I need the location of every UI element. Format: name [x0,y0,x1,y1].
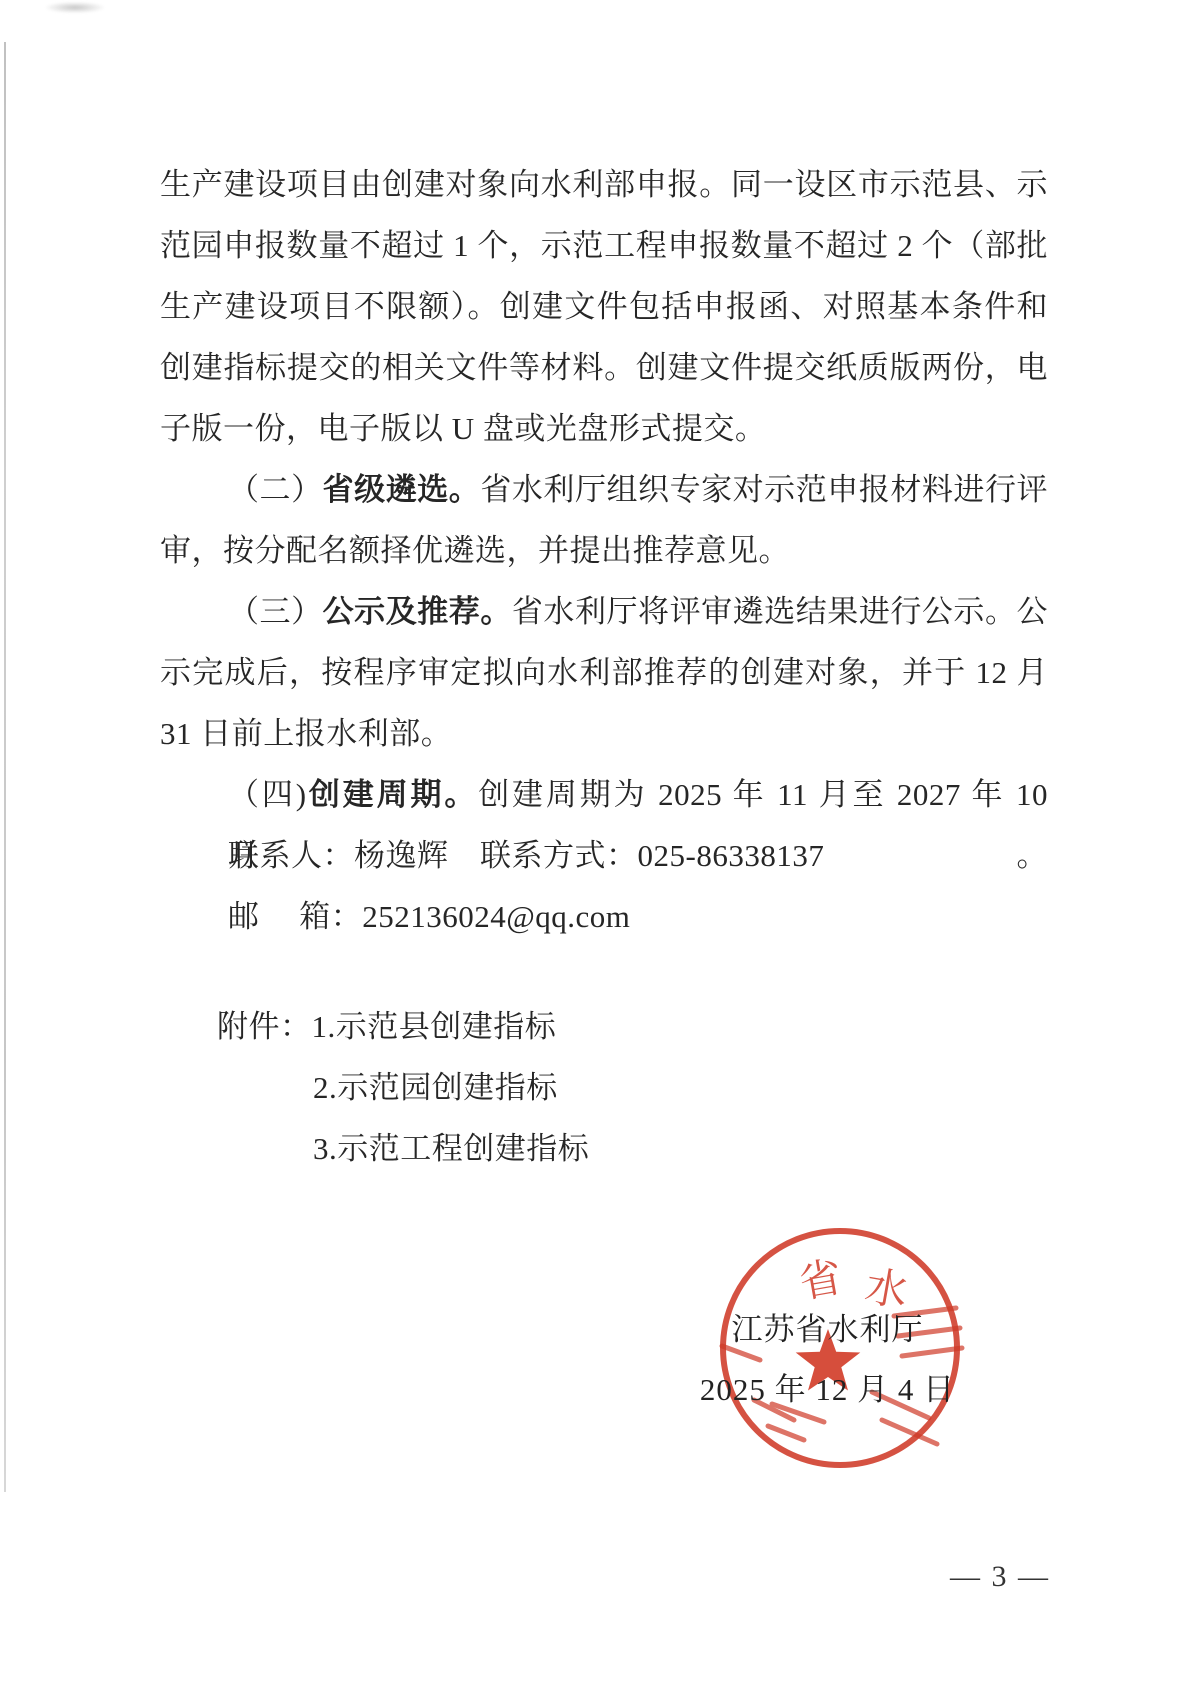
body-text: 省水利厅组织专家对示范申报材料进行评 [480,472,1048,507]
body-text: 创建指标提交的相关文件等材料。创建文件提交纸质版两份，电 [160,350,1048,385]
document-body: 生产建设项目由创建对象向水利部申报。同一设区市示范县、示范园申报数量不超过 1 … [160,154,1048,947]
attachment-list: 附件：1.示范县创建指标2.示范园创建指标3.示范工程创建指标 [160,996,1048,1179]
body-text: 联系人：杨逸辉 联系方式：025-86338137 [228,838,824,873]
page-number: — 3 — [950,1556,1050,1598]
signature-org: 江苏省水利厅 [645,1300,1010,1360]
body-line: 邮 箱：252136024@qq.com [160,886,1048,947]
body-text-bold: 公示及推荐。 [323,594,512,629]
attachment-item: 2.示范园创建指标 [160,1057,1048,1118]
signature-date: 2025 年 12 月 4 日 [645,1360,1010,1420]
body-text-bold: 创建周期。 [307,777,479,812]
document-page: 生产建设项目由创建对象向水利部申报。同一设区市示范县、示范园申报数量不超过 1 … [0,0,1190,1682]
body-text-bold: 省级遴选。 [323,472,481,507]
scan-artifact-left-line [4,42,6,1492]
body-text: 范园申报数量不超过 1 个，示范工程申报数量不超过 2 个（部批 [160,228,1048,263]
body-line: （三）公示及推荐。省水利厅将评审遴选结果进行公示。公 [160,581,1048,642]
body-line: 审，按分配名额择优遴选，并提出推荐意见。 [160,520,1048,581]
scan-artifact-top-smudge [46,2,104,13]
body-line: 示完成后，按程序审定拟向水利部推荐的创建对象，并于 12 月 [160,642,1048,703]
attachment-first-line: 附件：1.示范县创建指标 [160,996,1048,1057]
body-line: 31 日前上报水利部。 [160,703,1048,764]
body-text: 省水利厅将评审遴选结果进行公示。公 [512,594,1048,629]
body-text: 31 日前上报水利部。 [160,716,452,751]
body-line: 创建指标提交的相关文件等材料。创建文件提交纸质版两份，电 [160,337,1048,398]
body-text: （三） [228,594,323,629]
body-text: 子版一份，电子版以 U 盘或光盘形式提交。 [160,411,766,446]
body-text: 生产建设项目不限额）。创建文件包括申报函、对照基本条件和 [160,289,1048,324]
body-line: 子版一份，电子版以 U 盘或光盘形式提交。 [160,398,1048,459]
body-line: 生产建设项目不限额）。创建文件包括申报函、对照基本条件和 [160,276,1048,337]
signature-block: 江苏省水利厅 2025 年 12 月 4 日 [645,1300,1010,1420]
body-line: 生产建设项目由创建对象向水利部申报。同一设区市示范县、示 [160,154,1048,215]
body-text: 审，按分配名额择优遴选，并提出推荐意见。 [160,533,790,568]
body-line: （四)创建周期。创建周期为 2025 年 11 月至 2027 年 10 月。 [160,764,1048,825]
body-text: （四) [228,777,307,812]
body-text: 邮 箱：252136024@qq.com [228,899,630,934]
body-text: 生产建设项目由创建对象向水利部申报。同一设区市示范县、示 [160,167,1048,202]
body-text: （二） [228,472,323,507]
body-line: 范园申报数量不超过 1 个，示范工程申报数量不超过 2 个（部批 [160,215,1048,276]
body-line: （二）省级遴选。省水利厅组织专家对示范申报材料进行评 [160,459,1048,520]
body-text: 示完成后，按程序审定拟向水利部推荐的创建对象，并于 12 月 [160,655,1048,690]
attachment-item: 3.示范工程创建指标 [160,1118,1048,1179]
